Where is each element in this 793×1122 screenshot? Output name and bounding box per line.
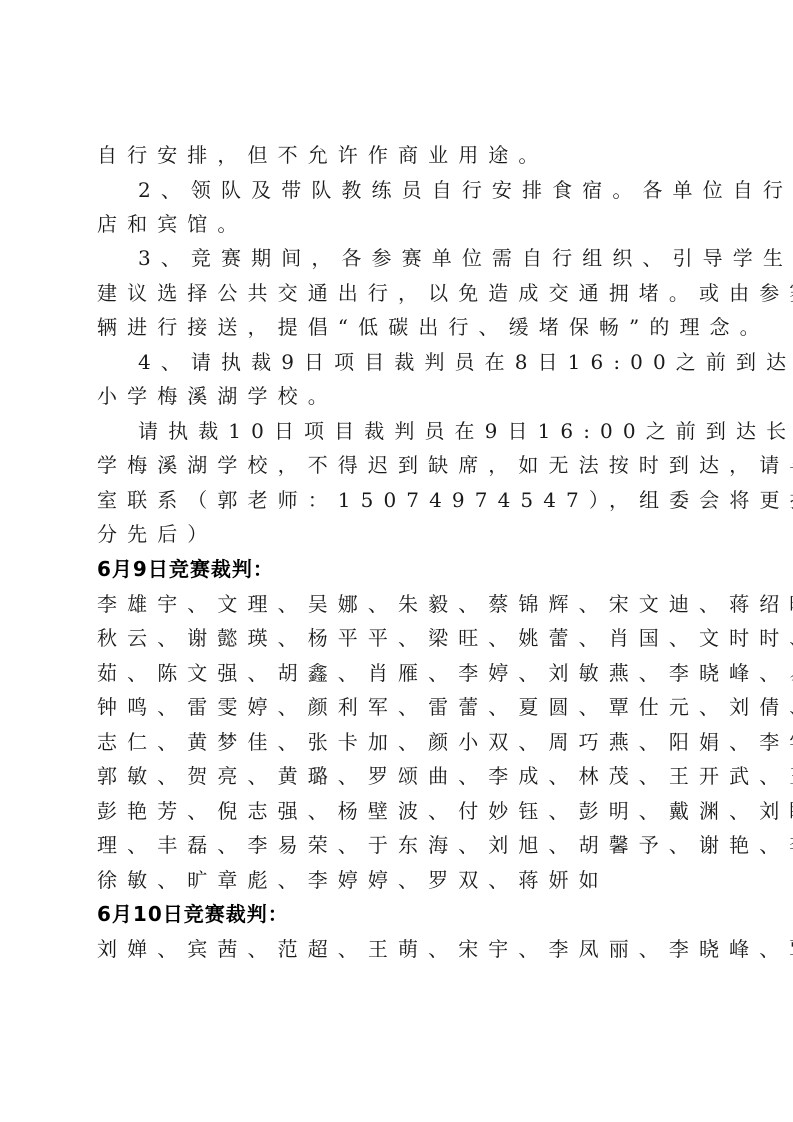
referee-list-line: 李雄宇、文理、吴娜、朱毅、蔡锦辉、宋文迪、蒋绍旺、周科、田 <box>97 592 717 616</box>
referee-list-line: 郭敏、贺亮、黄璐、罗颂曲、李成、林茂、王开武、王重、彭斌、 <box>97 764 717 788</box>
referee-list-line: 刘婵、宾茜、范超、王萌、宋宇、李凤丽、李晓峰、覃仕元、黄梦 <box>97 937 717 961</box>
paragraph-5-line-4: 分先后） <box>97 522 717 546</box>
referee-list-line: 钟鸣、雷雯婷、颜利军、雷蕾、夏圆、覃仕元、刘倩、沈思奥、粟 <box>97 695 717 719</box>
paragraph-4-line-1: 4、请执裁9日项目裁判员在8日16:00之前到达长沙市实验 <box>138 350 758 374</box>
paragraph-3-line-1: 3、竞赛期间，各参赛单位需自行组织、引导学生及家长乘车。 <box>138 246 758 270</box>
referee-list-line: 徐敏、旷章彪、李婷婷、罗双、蒋妍如 <box>97 868 717 892</box>
paragraph-3-line-3: 辆进行接送，提倡“低碳出行、缓堵保畅”的理念。 <box>97 315 717 339</box>
paragraph-4-line-2: 小学梅溪湖学校。 <box>97 384 717 408</box>
paragraph-3-line-2: 建议选择公共交通出行，以免造成交通拥堵。或由参赛单位组织车 <box>97 281 717 305</box>
referee-list-line: 茹、陈文强、胡鑫、肖雁、李婷、刘敏燕、李晓峰、易超、刘婵、 <box>97 661 717 685</box>
paragraph-1-continuation: 自行安排，但不允许作商业用途。 <box>97 143 717 167</box>
referee-list-line: 彭艳芳、倪志强、杨壁波、付妙钰、彭明、戴渊、刘眺、刘蓉、李 <box>97 799 717 823</box>
section-heading-june-10: 6月10日竞赛裁判： <box>97 902 717 926</box>
document-page: 自行安排，但不允许作商业用途。 2、领队及带队教练员自行安排食宿。各单位自行联系… <box>0 0 793 1122</box>
section-heading-june-9: 6月9日竞赛裁判： <box>97 557 717 581</box>
referee-list-line: 秋云、谢懿瑛、杨平平、梁旺、姚蕾、肖国、文时时、刘美玲、肖 <box>97 626 717 650</box>
paragraph-5-line-3: 室联系（郭老师：15074974547），组委会将更换裁判。（排名不 <box>97 488 717 512</box>
paragraph-2-line-1: 2、领队及带队教练员自行安排食宿。各单位自行联系周边酒 <box>138 178 758 202</box>
referee-list-line: 理、丰磊、李易荣、于东海、刘旭、胡馨予、谢艳、李文、王峰、 <box>97 833 717 857</box>
paragraph-5-line-2: 学梅溪湖学校，不得迟到缺席，如无法按时到达，请与组委会办公 <box>97 453 717 477</box>
paragraph-5-line-1: 请执裁10日项目裁判员在9日16:00之前到达长沙市实验小 <box>138 419 758 443</box>
paragraph-2-line-2: 店和宾馆。 <box>97 212 717 236</box>
referee-list-line: 志仁、黄梦佳、张卡加、颜小双、周巧燕、阳娟、李学华、龙婷、 <box>97 730 717 754</box>
